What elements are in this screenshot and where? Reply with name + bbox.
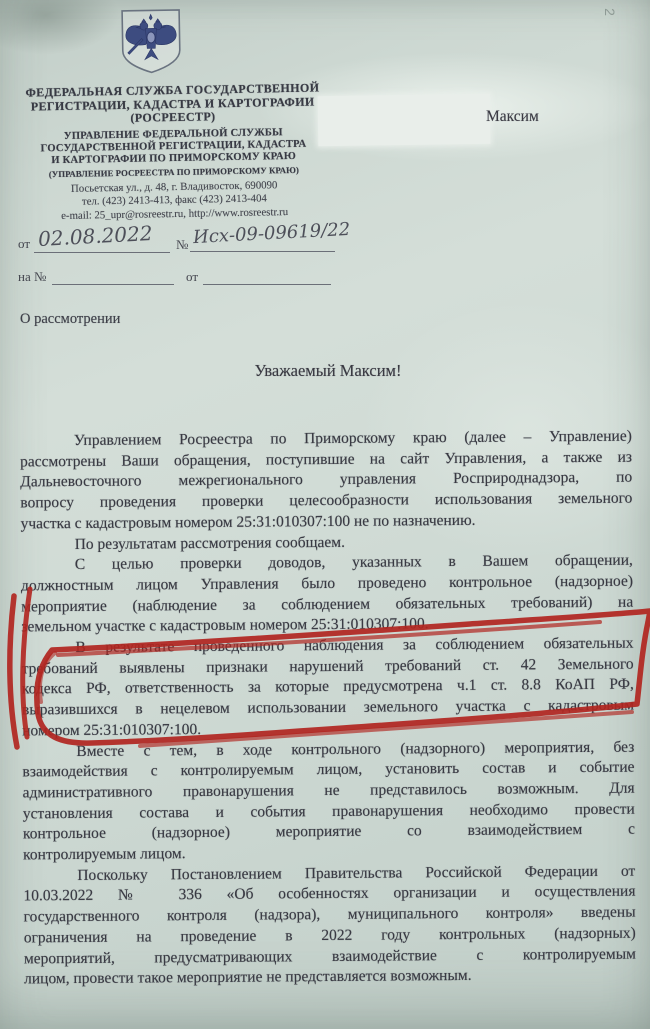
reply-from-label: от [186,269,198,285]
red-margin-mark [10,596,17,747]
handwritten-date: 02.08.2022 [37,221,153,251]
subject-line: О рассмотрении [20,311,120,328]
reply-number-underline [52,284,174,285]
paragraph: Управлением Росреестра по Приморскому кр… [20,427,633,535]
recipient-name: Максим [486,108,539,126]
department-name: УПРАВЛЕНИЕ ФЕДЕРАЛЬНОЙ СЛУЖБЫ ГОСУДАРСТВ… [6,126,341,181]
redacted-recipient-box [318,94,491,146]
page-corner-number: 2 [602,8,618,16]
letter-sheet: 2 ФЕДЕРАЛЬНАЯ СЛУЖБА ГОСУДАРСТВЕННОЙ [0,0,650,1029]
date-underline [34,252,170,253]
body-text-line: лицом, провести такое мероприятие не пре… [24,965,636,991]
number-label: № [176,237,188,253]
reply-date-underline [203,284,331,285]
number-underline [190,251,335,252]
photo-corner-shadow [0,0,120,55]
reply-to-label: на № [18,269,46,285]
letterhead: ФЕДЕРАЛЬНАЯ СЛУЖБА ГОСУДАРСТВЕННОЙ РЕГИС… [4,0,338,3]
paragraph: С целью проверки доводов, указанных в Ва… [21,551,634,639]
agency-address: Посьетская ул., д. 48, г. Владивосток, 6… [7,178,342,224]
date-label: от [18,236,30,252]
coat-of-arms-icon [117,8,185,76]
paragraph: Вместе с тем, в ходе контрольного (надзо… [22,737,635,866]
salutation: Уважаемый Максим! [22,361,634,381]
agency-name: ФЕДЕРАЛЬНАЯ СЛУЖБА ГОСУДАРСТВЕННОЙ РЕГИС… [5,81,340,128]
paragraph: Поскольку Постановлением Правительства Р… [23,861,636,990]
paragraph-circled: В результате проведенного наблюдения за … [21,634,634,742]
handwritten-outgoing-number: Исх-09-09619/22 [193,219,351,248]
letter-body: Управлением Росреестра по Приморскому кр… [20,427,636,991]
